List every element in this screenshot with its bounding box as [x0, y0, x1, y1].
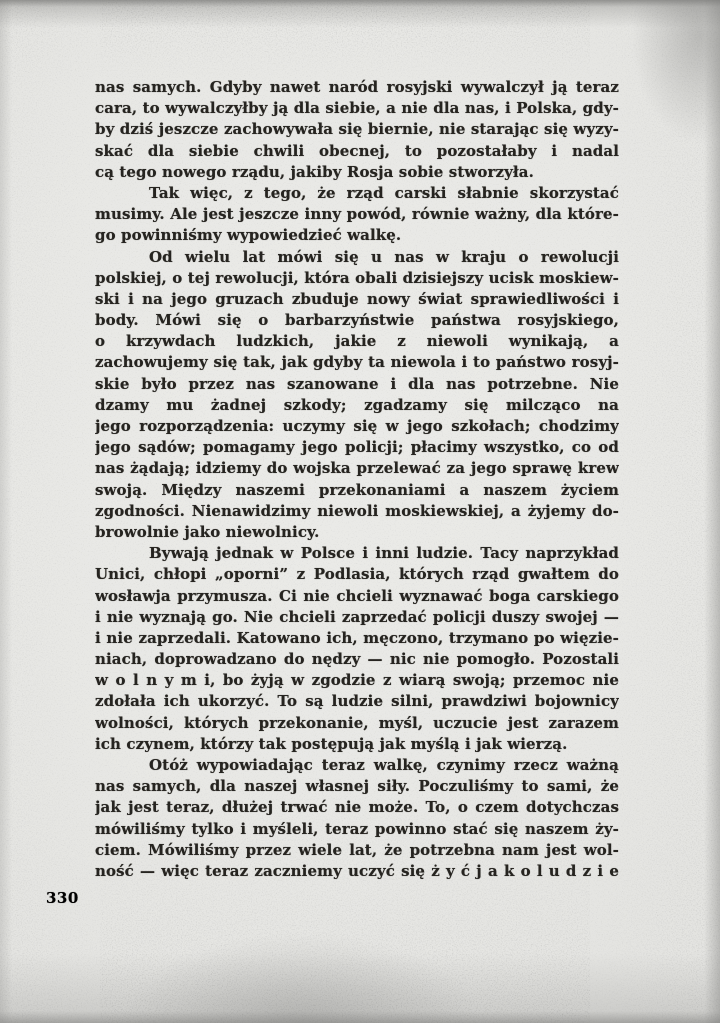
text-line: jak jest teraz, dłużej trwać nie może. T… [95, 797, 619, 818]
text-line: niach, doprowadzano do nędzy — nic nie p… [95, 649, 619, 670]
text-line: mówiliśmy tylko i myśleli, teraz powinno… [95, 819, 619, 840]
text-line: Otóż wypowiadając teraz walkę, czynimy r… [95, 755, 619, 776]
page-number: 330 [46, 889, 79, 907]
text-line: wolności, których przekonanie, myśl, ucz… [95, 713, 619, 734]
text-line: Tak więc, z tego, że rząd carski słabnie… [95, 183, 619, 204]
text-line: ich czynem, którzy tak postępują jak myś… [95, 734, 619, 755]
text-line: nas żądają; idziemy do wojska przelewać … [95, 458, 619, 479]
paragraph: Otóż wypowiadając teraz walkę, czynimy r… [95, 755, 619, 882]
text-line: by dziś jeszcze zachowywała się biernie,… [95, 119, 619, 140]
text-line: body. Mówi się o barbarzyństwie państwa … [95, 310, 619, 331]
paragraph: Tak więc, z tego, że rząd carski słabnie… [95, 183, 619, 247]
text-line: browolnie jako niewolnicy. [95, 522, 619, 543]
text-line: Od wielu lat mówi się u nas w kraju o re… [95, 247, 619, 268]
text-line: Unici, chłopi „oporni” z Podlasia, który… [95, 564, 619, 585]
scanned-book-page: nas samych. Gdyby nawet naród rosyjski w… [0, 0, 720, 1023]
text-line: wosławja przymusza. Ci nie chcieli wyzna… [95, 586, 619, 607]
text-line: Bywają jednak w Polsce i inni ludzie. Ta… [95, 543, 619, 564]
text-line: musimy. Ale jest jeszcze inny powód, rów… [95, 204, 619, 225]
text-line: ność — więc teraz zaczniemy uczyć się ż … [95, 861, 619, 882]
text-line: nas samych, dla naszej własnej siły. Poc… [95, 776, 619, 797]
text-line: jego sądów; pomagamy jego policji; płaci… [95, 437, 619, 458]
text-line: skać dla siebie chwili obecnej, to pozos… [95, 141, 619, 162]
text-line: zdołała ich ukorzyć. To są ludzie silni,… [95, 691, 619, 712]
text-line: jego rozporządzenia: uczymy się w jego s… [95, 416, 619, 437]
text-line: ciem. Mówiliśmy przez wiele lat, że potr… [95, 840, 619, 861]
text-line: cara, to wywalczyłby ją dla siebie, a ni… [95, 98, 619, 119]
text-line: dzamy mu żadnej szkody; zgadzamy się mil… [95, 395, 619, 416]
text-line: w o l n y m i, bo żyją w zgodzie z wiarą… [95, 670, 619, 691]
text-line: nas samych. Gdyby nawet naród rosyjski w… [95, 77, 619, 98]
text-line: go powinniśmy wypowiedzieć walkę. [95, 225, 619, 246]
paragraph: Bywają jednak w Polsce i inni ludzie. Ta… [95, 543, 619, 755]
text-line: polskiej, o tej rewolucji, która obali d… [95, 268, 619, 289]
paragraph: nas samych. Gdyby nawet naród rosyjski w… [95, 77, 619, 183]
text-line: zachowujemy się tak, jak gdyby ta niewol… [95, 352, 619, 373]
text-line: o krzywdach ludzkich, jakie z niewoli wy… [95, 331, 619, 352]
text-line: swoją. Między naszemi przekonaniami a na… [95, 480, 619, 501]
text-line: i nie wyznają go. Nie chcieli zaprzedać … [95, 607, 619, 628]
text-line: cą tego nowego rządu, jakiby Rosja sobie… [95, 162, 619, 183]
text-line: zgodności. Nienawidzimy niewoli moskiews… [95, 501, 619, 522]
paragraph: Od wielu lat mówi się u nas w kraju o re… [95, 247, 619, 544]
text-line: ski i na jego gruzach zbuduje nowy świat… [95, 289, 619, 310]
text-line: skie było przez nas szanowane i dla nas … [95, 374, 619, 395]
text-line: i nie zaprzedali. Katowano ich, męczono,… [95, 628, 619, 649]
body-text-block: nas samych. Gdyby nawet naród rosyjski w… [95, 77, 619, 882]
